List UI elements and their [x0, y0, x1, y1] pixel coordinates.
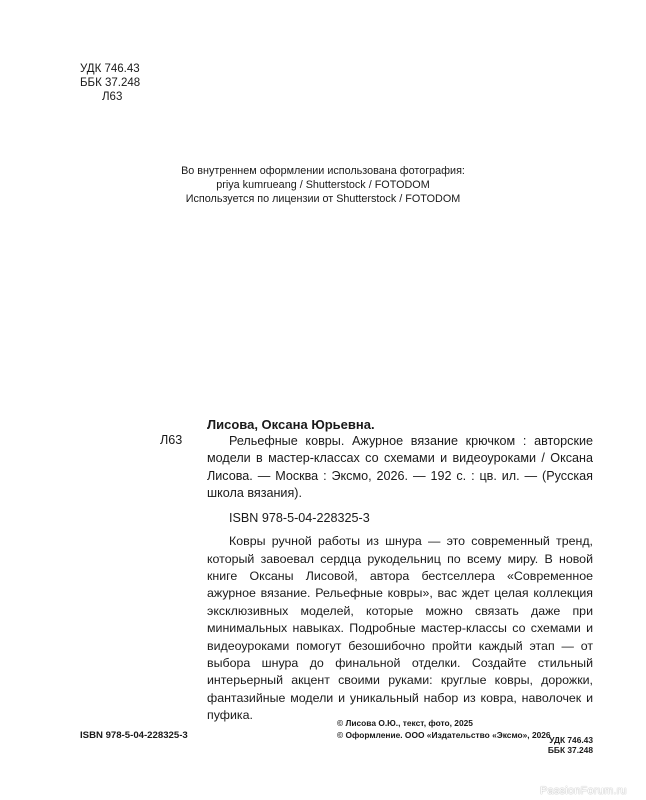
record-description: Рельефные ковры. Ажурное вязание крючком…	[207, 433, 593, 502]
author-mark: Л63	[80, 90, 140, 104]
photo-credits: Во внутреннем оформлении использована фо…	[150, 164, 496, 206]
record-author: Лисова, Оксана Юрьевна.	[207, 416, 593, 433]
record-isbn: ISBN 978-5-04-228325-3	[207, 510, 593, 527]
record-bbk: ББК 37.248	[207, 745, 593, 756]
record-annotation: Ковры ручной работы из шнура — это совре…	[207, 533, 593, 724]
copyright-text: © Лисова О.Ю., текст, фото, 2025	[337, 717, 551, 729]
copyright-block: © Лисова О.Ю., текст, фото, 2025 © Оформ…	[337, 717, 551, 741]
copyright-design: © Оформление. ООО «Издательство «Эксмо»,…	[337, 729, 551, 741]
bibliographic-record: Лисова, Оксана Юрьевна. Рельефные ковры.…	[207, 416, 593, 756]
classification-block: УДК 746.43 ББК 37.248 Л63	[80, 62, 140, 104]
record-author-mark: Л63	[160, 433, 182, 447]
credits-line-1: Во внутреннем оформлении использована фо…	[150, 164, 496, 178]
footer-isbn: ISBN 978-5-04-228325-3	[80, 730, 188, 741]
bbk-code: ББК 37.248	[80, 76, 140, 90]
credits-line-3: Используется по лицензии от Shutterstock…	[150, 192, 496, 206]
watermark: PassionForum.ru	[540, 785, 627, 797]
credits-line-2: priya kumrueang / Shutterstock / FOTODOM	[150, 178, 496, 192]
udk-code: УДК 746.43	[80, 62, 140, 76]
